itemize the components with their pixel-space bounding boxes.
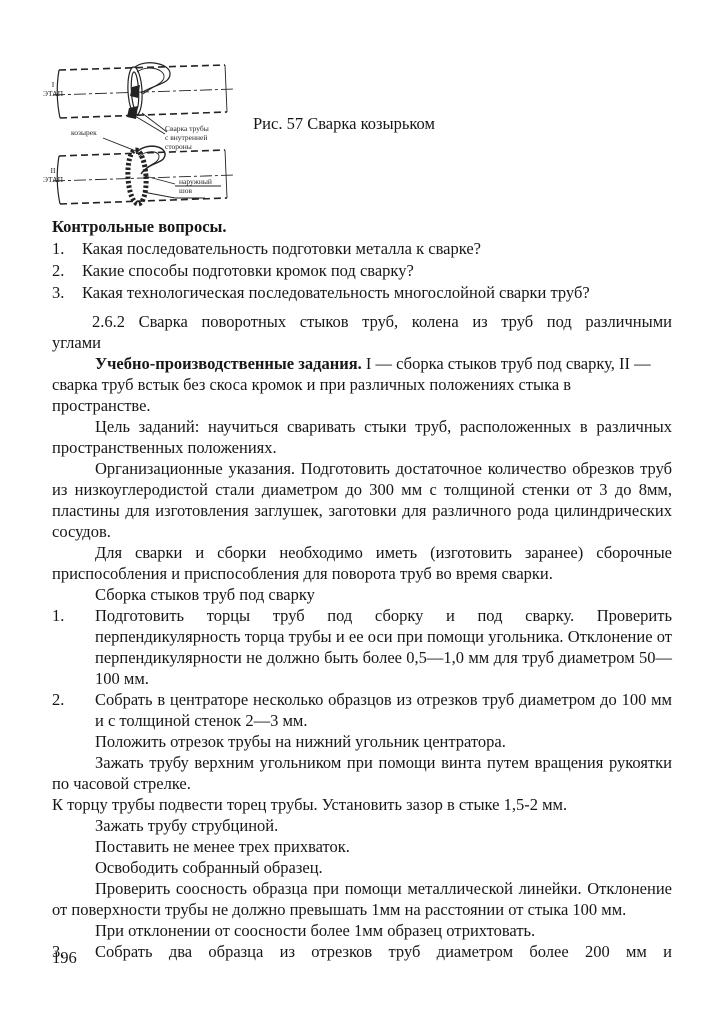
paragraph-tasks: Учебно-производственные задания. I — сбо… bbox=[52, 353, 672, 416]
subsection-heading: Сборка стыков труб под сварку bbox=[52, 584, 672, 605]
substep-tack-welds: Поставить не менее трех прихваток. bbox=[52, 836, 672, 857]
question-text: Какая последовательность подготовки мета… bbox=[82, 239, 481, 258]
outer-seam-label: наружный шов bbox=[179, 177, 239, 195]
figure-57: I ЭТАП II ЭТАП Сварка трубы с внутренней… bbox=[35, 58, 475, 223]
substep-check-alignment: Проверить соосность образца при помощи м… bbox=[52, 878, 672, 920]
substep-release-sample: Освободить собранный образец. bbox=[52, 857, 672, 878]
questions-heading: Контрольные вопросы. bbox=[52, 216, 672, 238]
question-item: 2. Какие способы подготовки кромок под с… bbox=[52, 260, 672, 282]
step-item: 1. Подготовить торцы труб под сборку и п… bbox=[52, 605, 672, 689]
step-number: 2. bbox=[52, 689, 64, 710]
question-number: 3. bbox=[52, 282, 64, 304]
paragraph-organization: Организационные указания. Подготовить до… bbox=[52, 458, 672, 542]
substep-straighten: При отклонении от соосности более 1мм об… bbox=[52, 920, 672, 941]
stage2-label: II ЭТАП bbox=[35, 166, 71, 184]
paragraph-goal: Цель заданий: научиться сваривать стыки … bbox=[52, 416, 672, 458]
figure-caption: Рис. 57 Сварка козырьком bbox=[253, 114, 435, 134]
step-text: Собрать два образца из отрезков труб диа… bbox=[95, 942, 672, 961]
step-text: Подготовить торцы труб под сборку и под … bbox=[95, 606, 672, 688]
document-page: I ЭТАП II ЭТАП Сварка трубы с внутренней… bbox=[0, 0, 724, 1024]
question-text: Какие способы подготовки кромок под свар… bbox=[82, 261, 414, 280]
tasks-lead-bold: Учебно-производственные задания. bbox=[95, 354, 362, 373]
question-number: 1. bbox=[52, 238, 64, 260]
stage1-label: I ЭТАП bbox=[35, 80, 71, 98]
step-number: 1. bbox=[52, 605, 64, 626]
substep-set-gap: К торцу трубы подвести торец трубы. Уста… bbox=[52, 794, 672, 815]
visor-label: козырек bbox=[71, 128, 97, 137]
section-heading-line1: 2.6.2 Сварка поворотных стыков труб, кол… bbox=[52, 311, 672, 332]
substep-clamp-vise: Зажать трубу струбциной. bbox=[52, 815, 672, 836]
step-item: 3. Собрать два образца из отрезков труб … bbox=[52, 941, 672, 962]
question-item: 3. Какая технологическая последовательно… bbox=[52, 282, 672, 304]
question-number: 2. bbox=[52, 260, 64, 282]
step-item: 2. Собрать в центраторе несколько образц… bbox=[52, 689, 672, 731]
inner-weld-label: Сварка трубы с внутренней стороны bbox=[165, 124, 235, 151]
substep-lay-pipe: Положить отрезок трубы на нижний угольни… bbox=[52, 731, 672, 752]
section-heading-line2: углами bbox=[52, 333, 101, 352]
page-number: 196 bbox=[52, 948, 77, 968]
question-text: Какая технологическая последовательность… bbox=[82, 283, 590, 302]
body-text: Контрольные вопросы. 1. Какая последоват… bbox=[52, 216, 672, 962]
step-text: Собрать в центраторе несколько образцов … bbox=[95, 690, 672, 730]
substep-clamp-upper: Зажать трубу верхним угольником при помо… bbox=[52, 752, 672, 794]
question-item: 1. Какая последовательность подготовки м… bbox=[52, 238, 672, 260]
paragraph-preparation: Для сварки и сборки необходимо иметь (из… bbox=[52, 542, 672, 584]
section-heading: 2.6.2 Сварка поворотных стыков труб, кол… bbox=[52, 311, 672, 353]
